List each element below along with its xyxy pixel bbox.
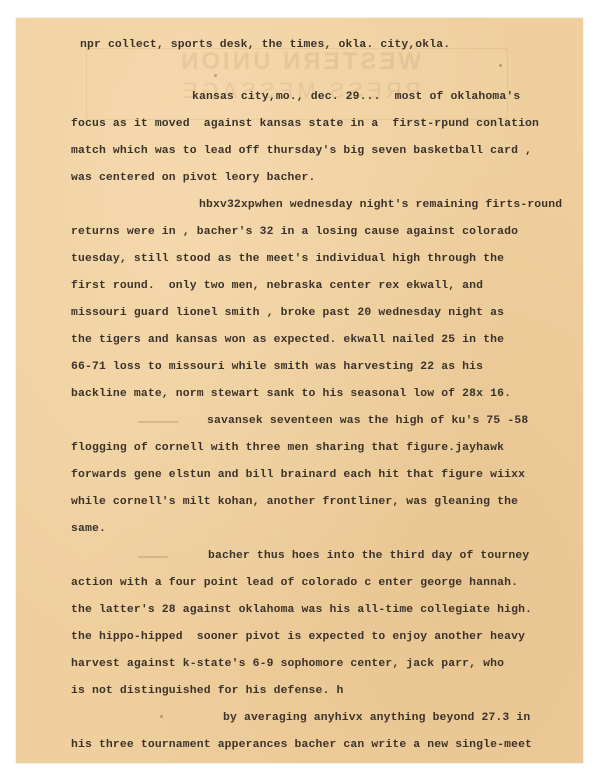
text-line-1: kansas city,mo., dec. 29... most of okla… (192, 90, 520, 104)
text-line-16: while cornell's milt kohan, another fron… (71, 495, 518, 509)
text-line-17: same. (71, 522, 106, 536)
header-line: npr collect, sports desk, the times, okl… (80, 38, 450, 52)
text-line-7: tuesday, still stood as the meet's indiv… (71, 252, 504, 266)
text-line-12: backline mate, norm stewart sank to his … (71, 387, 511, 401)
text-line-22: harvest against k-state's 6-9 sophomore … (71, 657, 504, 671)
text-line-14: flogging of cornell with three men shari… (71, 441, 504, 455)
text-line-21: the hippo-hipped sooner pivot is expecte… (71, 630, 525, 644)
text-line-19: action with a four point lead of colorad… (71, 576, 518, 590)
paper-smudge (138, 556, 168, 558)
text-line-3: match which was to lead off thursday's b… (71, 144, 532, 158)
text-line-25: his three tournament apperances bacher c… (71, 738, 532, 752)
text-line-9: missouri guard lionel smith , broke past… (71, 306, 504, 320)
text-line-15: forwards gene elstun and bill brainard e… (71, 468, 525, 482)
text-line-5: hbxv32xpwhen wednesday night's remaining… (199, 198, 562, 212)
text-line-11: 66-71 loss to missouri while smith was h… (71, 360, 483, 374)
text-line-4: was centered on pivot leory bacher. (71, 171, 316, 185)
text-line-6: returns were in , bacher's 32 in a losin… (71, 225, 518, 239)
watermark-line-1: WESTERN UNION (16, 48, 583, 76)
paper-speck (214, 74, 217, 77)
watermark-frame (86, 48, 508, 120)
paper-speck (160, 715, 163, 718)
text-line-23: is not distinguished for his defense. h (71, 684, 343, 698)
text-line-20: the latter's 28 against oklahoma was his… (71, 603, 532, 617)
text-line-13: savansek seventeen was the high of ku's … (207, 414, 528, 428)
text-line-8: first round. only two men, nebraska cent… (71, 279, 483, 293)
paper-speck (499, 64, 502, 67)
text-line-10: the tigers and kansas won as expected. e… (71, 333, 504, 347)
paper-smudge (138, 421, 178, 423)
text-line-18: bacher thus hoes into the third day of t… (208, 549, 529, 563)
text-line-2: focus as it moved against kansas state i… (71, 117, 539, 131)
typewritten-page: WESTERN UNION PRESS MESSAGE npr collect,… (16, 18, 583, 763)
text-line-24: by averaging anyhivx anything beyond 27.… (223, 711, 530, 725)
